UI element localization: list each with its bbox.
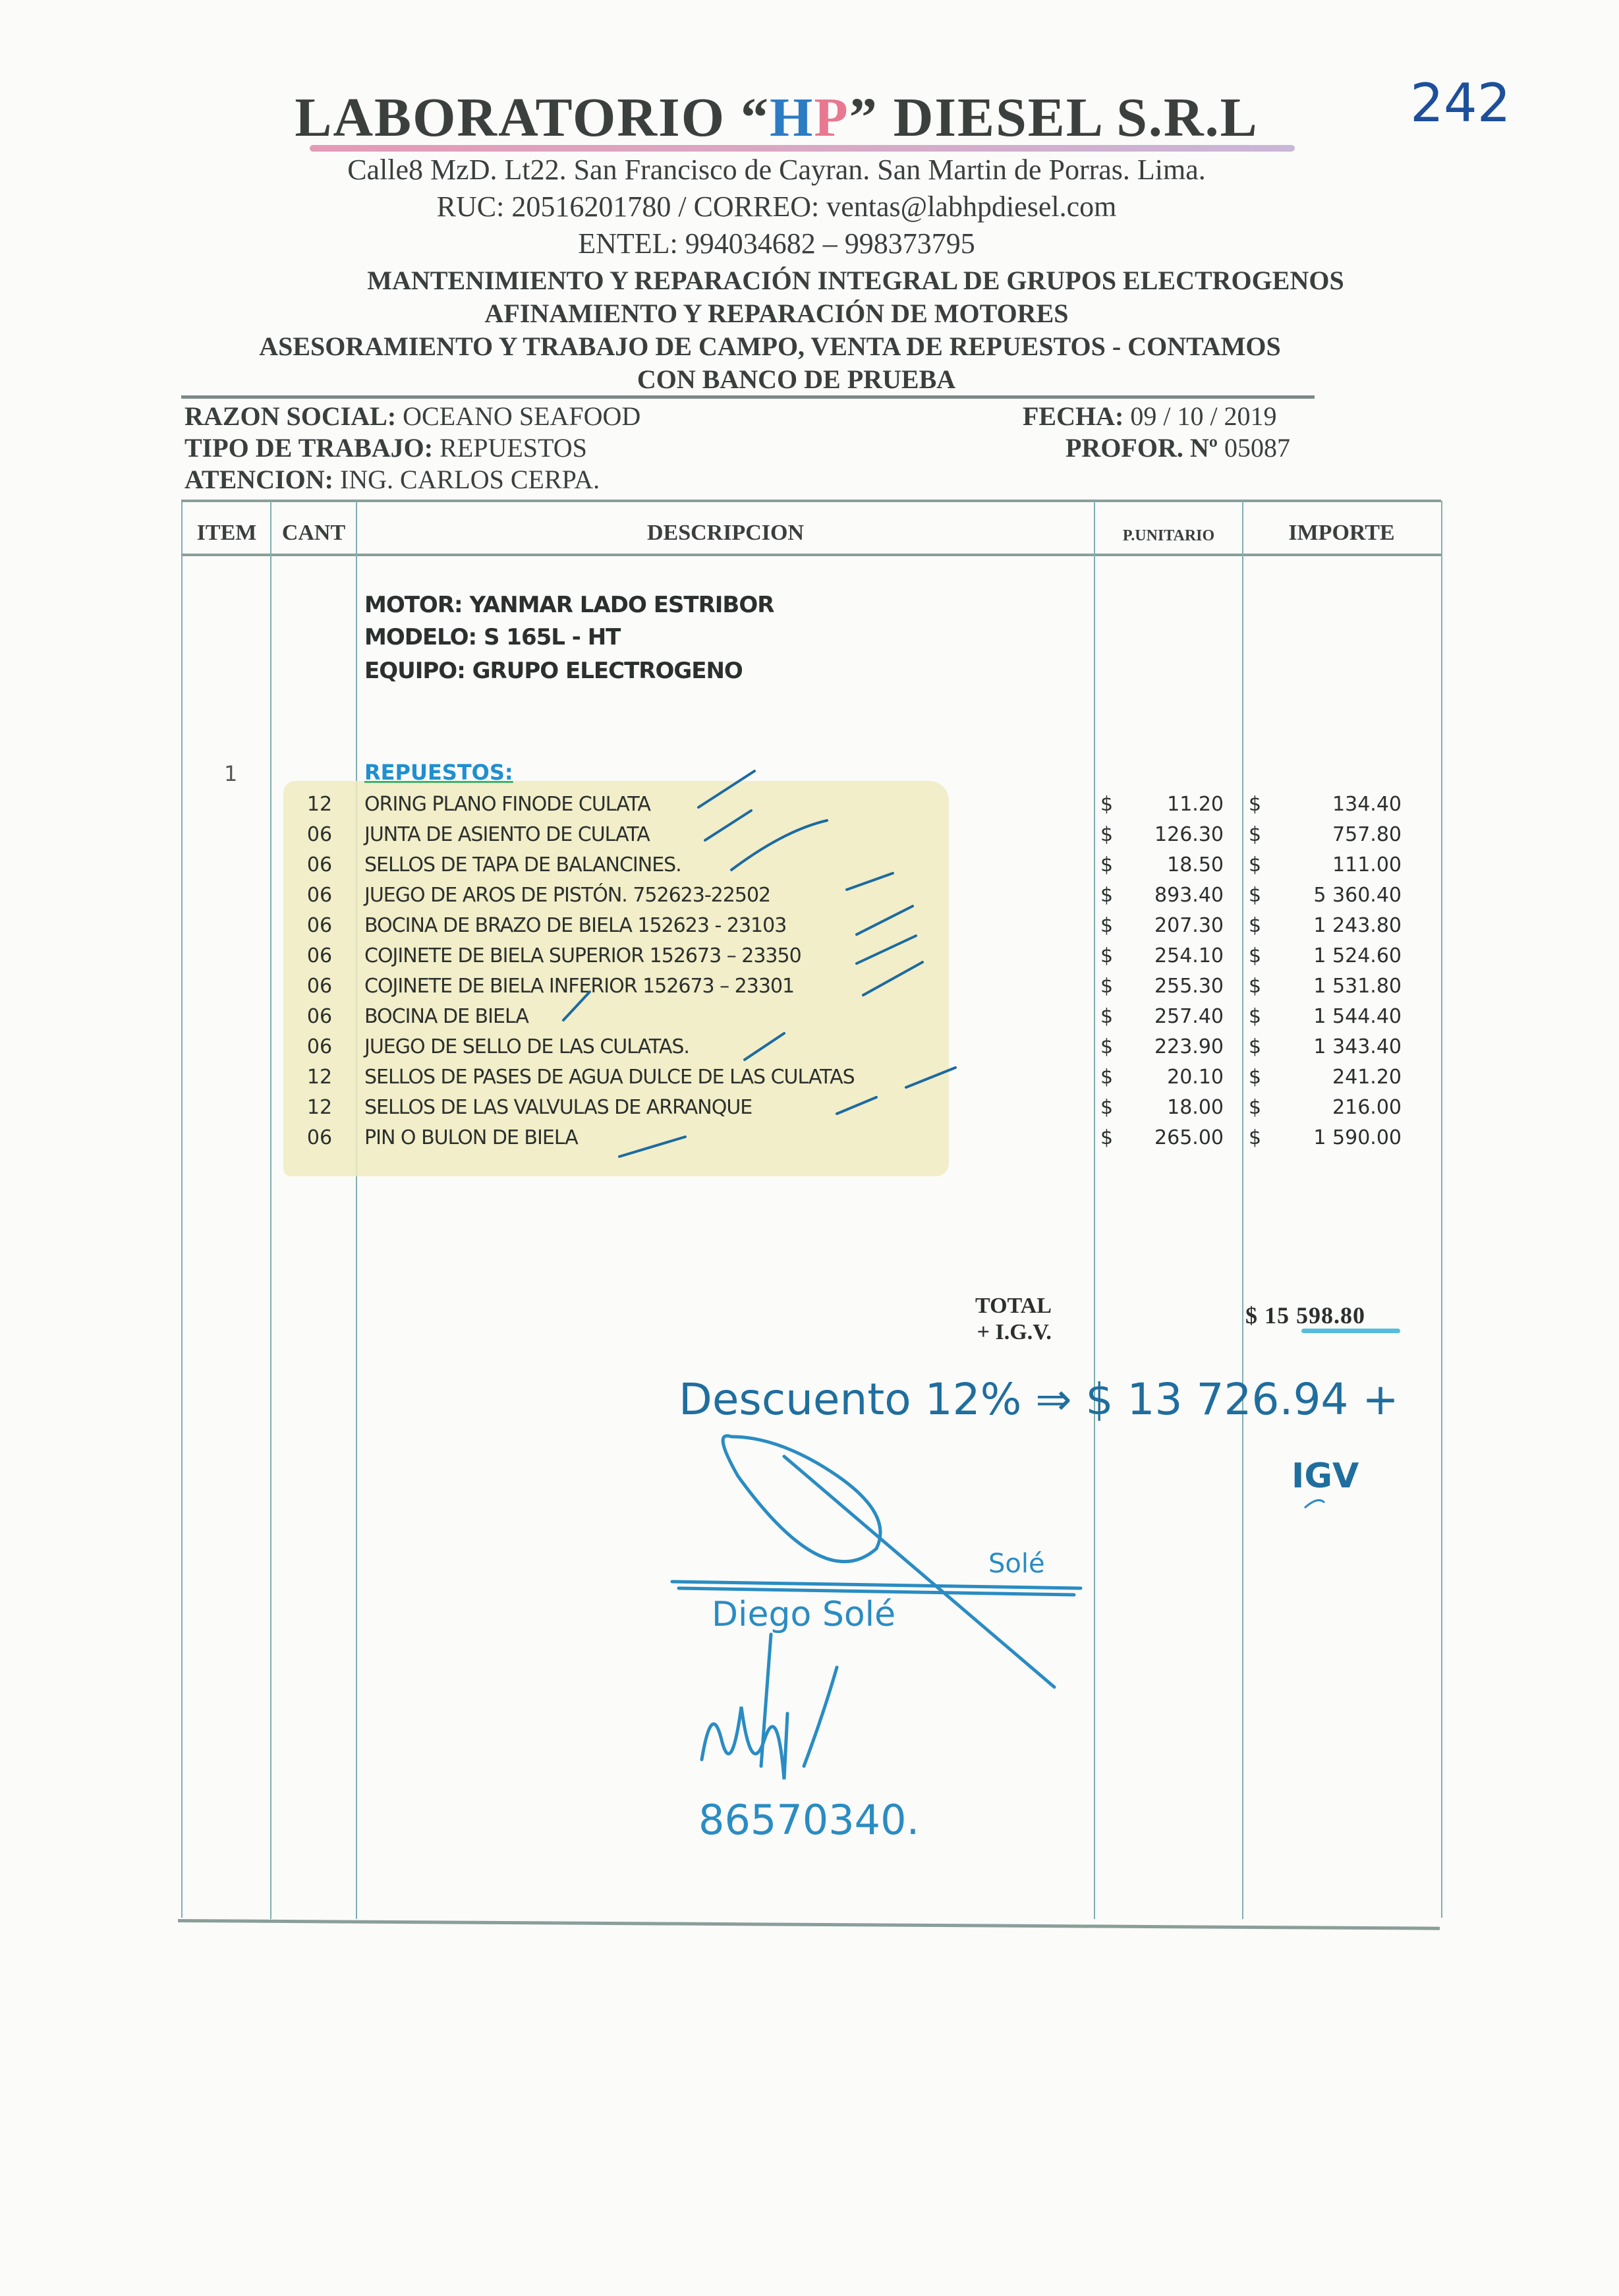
company-name: LABORATORIO “HP” DIESEL S.R.L bbox=[0, 86, 1586, 150]
row-cant: 06 bbox=[300, 1035, 339, 1058]
row-amount: 241.20 bbox=[1237, 1066, 1402, 1089]
row-description: PIN O BULON DE BIELA bbox=[364, 1126, 578, 1149]
total-value: $ 15 598.80 bbox=[1245, 1302, 1365, 1329]
proforma-value: 05087 bbox=[1218, 433, 1290, 463]
row-cant: 12 bbox=[300, 1096, 339, 1119]
row-cant: 06 bbox=[300, 884, 339, 907]
header-p-unitario: P.UNITARIO bbox=[1095, 527, 1242, 545]
row-description: JUNTA DE ASIENTO DE CULATA bbox=[364, 823, 650, 846]
row-description: SELLOS DE PASES DE AGUA DULCE DE LAS CUL… bbox=[364, 1066, 855, 1089]
row-description: BOCINA DE BIELA bbox=[364, 1005, 528, 1028]
row-unit-price: 254.10 bbox=[1092, 944, 1224, 967]
row-amount: 1 343.40 bbox=[1237, 1035, 1402, 1058]
company-phones: ENTEL: 994034682 – 998373795 bbox=[0, 227, 1586, 260]
table-row: 06 SELLOS DE TAPA DE BALANCINES. $ 18.50… bbox=[0, 853, 1619, 884]
header-descripcion: DESCRIPCION bbox=[357, 521, 1094, 546]
row-cant: 06 bbox=[300, 944, 339, 967]
column-divider bbox=[1094, 501, 1095, 1919]
fecha-label: FECHA: bbox=[1023, 401, 1123, 431]
atencion: ATENCION: ING. CARLOS CERPA. bbox=[185, 464, 600, 495]
company-name-h: H bbox=[770, 87, 814, 148]
row-cant: 06 bbox=[300, 853, 339, 876]
row-cant: 06 bbox=[300, 914, 339, 937]
atencion-value: ING. CARLOS CERPA. bbox=[333, 465, 600, 494]
header-cant: CANT bbox=[271, 521, 356, 546]
column-divider bbox=[1242, 501, 1243, 1919]
total-label: TOTAL + I.G.V. bbox=[975, 1293, 1052, 1346]
company-name-suffix: ” DIESEL S.R.L bbox=[849, 87, 1259, 148]
row-unit-price: 126.30 bbox=[1092, 823, 1224, 846]
table-row: 06 PIN O BULON DE BIELA $ 265.00 $ 1 590… bbox=[0, 1126, 1619, 1157]
fecha-value: 09 / 10 / 2019 bbox=[1123, 401, 1276, 431]
equipment-spec: EQUIPO: GRUPO ELECTROGENO bbox=[364, 658, 743, 684]
table-bottom-rule bbox=[178, 1919, 1440, 1930]
section-label-repuestos: REPUESTOS: bbox=[364, 760, 513, 785]
handwritten-discount-note: Descuento 12% ⇒ $ 13 726.94 + bbox=[679, 1374, 1399, 1425]
company-ruc-email: RUC: 20516201780 / CORREO: ventas@labhpd… bbox=[0, 190, 1586, 223]
row-unit-price: 257.40 bbox=[1092, 1005, 1224, 1028]
row-description: COJINETE DE BIELA SUPERIOR 152673 – 2335… bbox=[364, 944, 801, 967]
row-amount: 1 524.60 bbox=[1237, 944, 1402, 967]
table-row: 06 JUEGO DE AROS DE PISTÓN. 752623-22502… bbox=[0, 884, 1619, 914]
row-unit-price: 265.00 bbox=[1092, 1126, 1224, 1149]
tipo-trabajo-label: TIPO DE TRABAJO: bbox=[185, 433, 433, 463]
company-service-line: ASESORAMIENTO Y TRABAJO DE CAMPO, VENTA … bbox=[0, 331, 1579, 362]
row-cant: 06 bbox=[300, 975, 339, 998]
table-row: 06 JUNTA DE ASIENTO DE CULATA $ 126.30 $… bbox=[0, 823, 1619, 853]
tipo-trabajo: TIPO DE TRABAJO: REPUESTOS bbox=[185, 432, 587, 463]
row-description: BOCINA DE BRAZO DE BIELA 152623 - 23103 bbox=[364, 914, 786, 937]
row-description: COJINETE DE BIELA INFERIOR 152673 – 2330… bbox=[364, 975, 794, 998]
row-unit-price: 893.40 bbox=[1092, 884, 1224, 907]
row-unit-price: 18.00 bbox=[1092, 1096, 1224, 1119]
row-amount: 111.00 bbox=[1237, 853, 1402, 876]
row-amount: 5 360.40 bbox=[1237, 884, 1402, 907]
table-row: 06 COJINETE DE BIELA INFERIOR 152673 – 2… bbox=[0, 975, 1619, 1005]
total-label-line2: + I.G.V. bbox=[975, 1319, 1052, 1346]
atencion-label: ATENCION: bbox=[185, 465, 333, 494]
item-number: 1 bbox=[224, 761, 237, 786]
table-row: 06 COJINETE DE BIELA SUPERIOR 152673 – 2… bbox=[0, 944, 1619, 975]
row-amount: 1 243.80 bbox=[1237, 914, 1402, 937]
row-amount: 757.80 bbox=[1237, 823, 1402, 846]
row-amount: 1 531.80 bbox=[1237, 975, 1402, 998]
header-item: ITEM bbox=[183, 521, 270, 546]
total-underline-mark bbox=[1301, 1329, 1400, 1333]
table-row: 12 ORING PLANO FINODE CULATA $ 11.20 $ 1… bbox=[0, 793, 1619, 823]
razon-social-value: OCEANO SEAFOOD bbox=[396, 401, 640, 431]
handwritten-id-number: 86570340. bbox=[698, 1796, 919, 1844]
motor-spec: MOTOR: YANMAR LADO ESTRIBOR bbox=[364, 592, 774, 618]
fecha: FECHA: 09 / 10 / 2019 bbox=[1023, 401, 1277, 432]
row-cant: 06 bbox=[300, 823, 339, 846]
row-description: ORING PLANO FINODE CULATA bbox=[364, 793, 650, 816]
table-row: 12 SELLOS DE PASES DE AGUA DULCE DE LAS … bbox=[0, 1066, 1619, 1096]
table-row: 06 BOCINA DE BRAZO DE BIELA 152623 - 231… bbox=[0, 914, 1619, 944]
table-row: 06 BOCINA DE BIELA $ 257.40 $ 1 544.40 bbox=[0, 1005, 1619, 1035]
row-amount: 1 590.00 bbox=[1237, 1126, 1402, 1149]
row-description: SELLOS DE TAPA DE BALANCINES. bbox=[364, 853, 681, 876]
tipo-trabajo-value: REPUESTOS bbox=[433, 433, 587, 463]
proforma-number: PROFOR. Nº 05087 bbox=[1065, 432, 1290, 463]
table-row: 06 JUEGO DE SELLO DE LAS CULATAS. $ 223.… bbox=[0, 1035, 1619, 1066]
column-divider bbox=[356, 501, 357, 1919]
row-cant: 12 bbox=[300, 793, 339, 816]
title-underline bbox=[310, 145, 1295, 152]
company-service-line: MANTENIMIENTO Y REPARACIÓN INTEGRAL DE G… bbox=[46, 265, 1619, 296]
row-amount: 134.40 bbox=[1237, 793, 1402, 816]
row-cant: 06 bbox=[300, 1126, 339, 1149]
items-table bbox=[181, 501, 1442, 1918]
row-amount: 1 544.40 bbox=[1237, 1005, 1402, 1028]
row-cant: 06 bbox=[300, 1005, 339, 1028]
company-service-line: AFINAMIENTO Y REPARACIÓN DE MOTORES bbox=[0, 298, 1586, 329]
row-description: SELLOS DE LAS VALVULAS DE ARRANQUE bbox=[364, 1096, 752, 1119]
header-divider bbox=[181, 395, 1315, 399]
total-label-line1: TOTAL bbox=[975, 1293, 1052, 1319]
company-name-p: P bbox=[814, 87, 849, 148]
razon-social: RAZON SOCIAL: OCEANO SEAFOOD bbox=[185, 401, 640, 432]
table-header-rule bbox=[181, 554, 1441, 556]
company-service-line: CON BANCO DE PRUEBA bbox=[0, 364, 1606, 395]
razon-social-label: RAZON SOCIAL: bbox=[185, 401, 396, 431]
table-row: 12 SELLOS DE LAS VALVULAS DE ARRANQUE $ … bbox=[0, 1096, 1619, 1126]
header-importe: IMPORTE bbox=[1243, 521, 1440, 546]
row-amount: 216.00 bbox=[1237, 1096, 1402, 1119]
row-description: JUEGO DE AROS DE PISTÓN. 752623-22502 bbox=[364, 884, 770, 907]
proforma-label: PROFOR. Nº bbox=[1065, 433, 1218, 463]
company-address: Calle8 MzD. Lt22. San Francisco de Cayra… bbox=[0, 153, 1586, 187]
company-name-prefix: LABORATORIO “ bbox=[295, 87, 770, 148]
row-unit-price: 207.30 bbox=[1092, 914, 1224, 937]
row-unit-price: 20.10 bbox=[1092, 1066, 1224, 1089]
model-spec: MODELO: S 165L - HT bbox=[364, 624, 620, 650]
row-unit-price: 18.50 bbox=[1092, 853, 1224, 876]
row-unit-price: 223.90 bbox=[1092, 1035, 1224, 1058]
row-description: JUEGO DE SELLO DE LAS CULATAS. bbox=[364, 1035, 689, 1058]
column-divider bbox=[270, 501, 271, 1919]
row-cant: 12 bbox=[300, 1066, 339, 1089]
row-unit-price: 11.20 bbox=[1092, 793, 1224, 816]
handwritten-signature-initial: Solé bbox=[988, 1549, 1045, 1579]
table-top-rule bbox=[181, 500, 1441, 502]
handwritten-igv-note: IGV bbox=[1292, 1456, 1359, 1496]
handwritten-signature-name: Diego Solé bbox=[712, 1595, 895, 1634]
row-unit-price: 255.30 bbox=[1092, 975, 1224, 998]
